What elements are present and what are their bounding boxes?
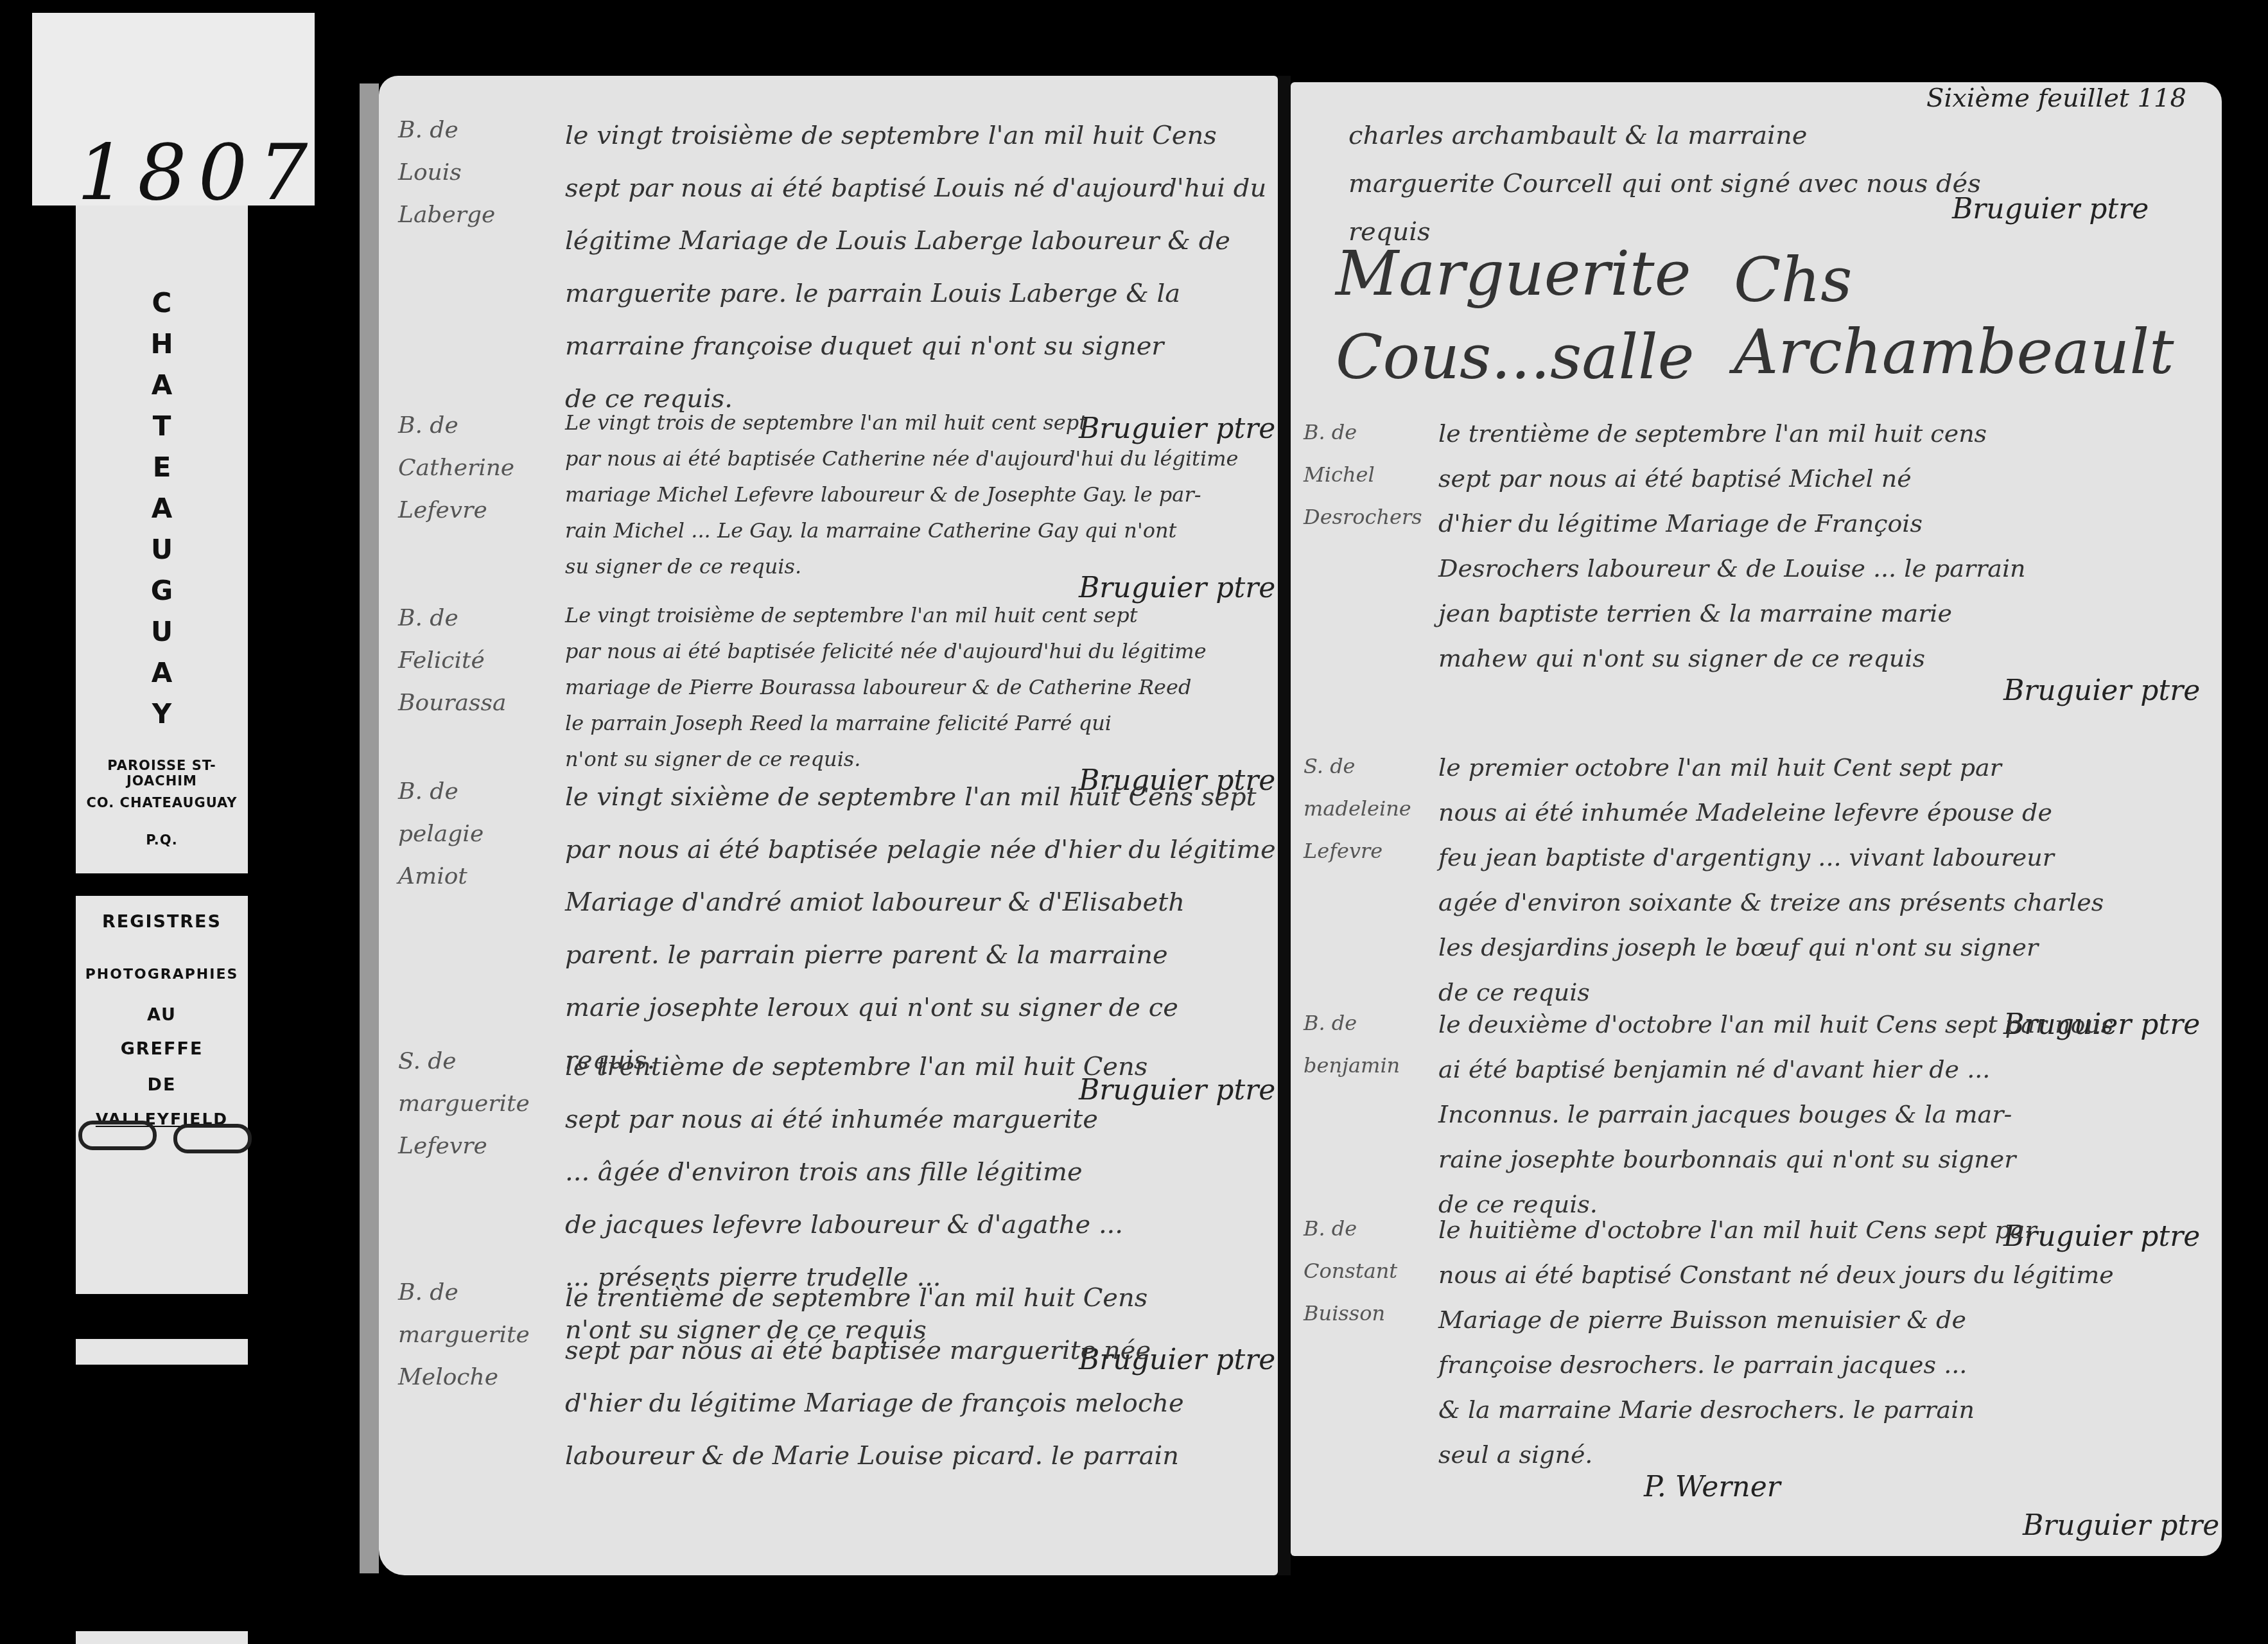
entry-text-line: sept par nous ai été inhumée marguerite xyxy=(565,1093,1098,1146)
entry-text-line: de jacques lefevre laboureur & d'agathe … xyxy=(565,1198,1123,1251)
witness-signature-cousalle: Cous...salle xyxy=(1336,321,1695,393)
entry-text-line: sept par nous ai été baptisé Michel né xyxy=(1438,456,1912,501)
entry-margin-heading: S. de xyxy=(1304,745,1356,787)
registry-line-5: DE xyxy=(76,1075,248,1095)
parish-line-2: CO. CHATEAUGUAY xyxy=(76,795,248,810)
entry-text-line: le vingt troisième de septembre l'an mil… xyxy=(565,109,1217,162)
entry-margin-heading: Bourassa xyxy=(398,682,506,724)
entry-text-line: mariage de Pierre Bourassa laboureur & d… xyxy=(565,669,1191,705)
entry-margin-heading: B. de xyxy=(1304,1207,1357,1250)
place-letter: A xyxy=(76,488,248,529)
entry-margin-heading: Lefevre xyxy=(398,489,487,532)
witness-signature-marguerite: Marguerite xyxy=(1336,238,1691,310)
entry-text-line: seul a signé. xyxy=(1438,1432,1592,1477)
place-letter: T xyxy=(76,406,248,447)
registry-line-2: PHOTOGRAPHIES xyxy=(76,966,248,983)
place-letter: C xyxy=(76,283,248,324)
entry-text-line: le vingt sixième de septembre l'an mil h… xyxy=(565,771,1257,823)
entry-margin-heading: B. de xyxy=(398,771,458,813)
entry-margin-heading: benjamin xyxy=(1304,1044,1400,1087)
entry-text-line: par nous ai été baptisée Catherine née d… xyxy=(565,441,1238,477)
entry-text-line: le trentième de septembre l'an mil huit … xyxy=(1438,411,1987,456)
entry-text-line: mahew qui n'ont su signer de ce requis xyxy=(1438,636,1925,681)
entry-text-line: sept par nous ai été baptisé Louis né d'… xyxy=(565,162,1266,214)
entry-margin-heading: marguerite xyxy=(398,1314,530,1356)
entry-text-line: mariage Michel Lefevre laboureur & de Jo… xyxy=(565,477,1201,512)
entry-margin-heading: Catherine xyxy=(398,447,514,489)
entry-text-line: agée d'environ soixante & treize ans pré… xyxy=(1438,880,2104,925)
entry-text-line: Mariage d'andré amiot laboureur & d'Elis… xyxy=(565,876,1185,929)
entry-margin-heading: Laberge xyxy=(398,194,495,236)
entry-text-line: le trentième de septembre l'an mil huit … xyxy=(565,1272,1147,1324)
entry-margin-heading: Louis xyxy=(398,152,462,194)
entry-text-line: parent. le parrain pierre parent & la ma… xyxy=(565,929,1168,981)
registry-line-4: GREFFE xyxy=(76,1039,248,1059)
entry-margin-heading: Amiot xyxy=(398,855,467,898)
book-gutter xyxy=(1278,76,1291,1575)
place-letter: G xyxy=(76,570,248,611)
entry-text-line: légitime Mariage de Louis Laberge labour… xyxy=(565,214,1230,267)
place-letter: Y xyxy=(76,694,248,735)
parish-line-1: PAROISSE ST-JOACHIM xyxy=(76,758,248,789)
entry-text-line: su signer de ce requis. xyxy=(565,548,801,584)
entry-margin-heading: pelagie xyxy=(398,813,484,855)
entry-margin-heading: B. de xyxy=(1304,1002,1357,1044)
entry-text-line: françoise desrochers. le parrain jacques… xyxy=(1438,1342,1967,1387)
entry-text-line: marguerite pare. le parrain Louis Laberg… xyxy=(565,267,1180,320)
folio-number: Sixième feuillet 118 xyxy=(1926,83,2186,113)
registry-line-1: REGISTRES xyxy=(76,912,248,932)
paperclip-left-icon xyxy=(78,1121,157,1150)
entry-text-line: nous ai été inhumée Madeleine lefevre ép… xyxy=(1438,790,2052,835)
place-name-vertical: CHATEAUGUAY xyxy=(76,283,248,735)
archive-label-bottom xyxy=(76,1631,248,1644)
entry-text-line: les desjardins joseph le bœuf qui n'ont … xyxy=(1438,925,2038,970)
entry-text-line: marraine françoise duquet qui n'ont su s… xyxy=(565,320,1164,372)
entry-text-line: ai été baptisé benjamin né d'avant hier … xyxy=(1438,1047,1990,1092)
entry-text-line: Desrochers laboureur & de Louise ... le … xyxy=(1438,546,2026,591)
entry-text-line: d'hier du légitime Mariage de François xyxy=(1438,501,1923,546)
entry-text-line: Mariage de pierre Buisson menuisier & de xyxy=(1438,1297,1966,1342)
entry-margin-heading: Constant xyxy=(1304,1250,1397,1292)
entry-margin-heading: B. de xyxy=(398,405,458,447)
entry-margin-heading: S. de xyxy=(398,1040,457,1083)
paperclip-right-icon xyxy=(173,1124,252,1153)
continuation-line-2: marguerite Courcell qui ont signé avec n… xyxy=(1348,157,1981,210)
entry-text-line: par nous ai été baptisée felicité née d'… xyxy=(565,633,1207,669)
entry-text-line: le parrain Joseph Reed la marraine felic… xyxy=(565,705,1112,741)
entry-text-line: marie josephte leroux qui n'ont su signe… xyxy=(565,981,1178,1034)
place-letter: U xyxy=(76,611,248,652)
entry-text-line: laboureur & de Marie Louise picard. le p… xyxy=(565,1430,1179,1482)
entry-margin-heading: B. de xyxy=(398,597,458,640)
entry-text-line: par nous ai été baptisée pelagie née d'h… xyxy=(565,823,1276,876)
entry-margin-heading: Buisson xyxy=(1304,1292,1385,1334)
entry-text-line: le premier octobre l'an mil huit Cent se… xyxy=(1438,745,2002,790)
entry-margin-heading: B. de xyxy=(398,109,458,152)
entry-margin-heading: Desrochers xyxy=(1304,496,1422,538)
witness-signature: P. Werner xyxy=(1644,1471,1781,1503)
priest-signature: Bruguier ptre xyxy=(2023,1509,2219,1542)
priest-signature: Bruguier ptre xyxy=(2003,674,2200,707)
entry-text-line: le trentième de septembre l'an mil huit … xyxy=(565,1040,1147,1093)
witness-signature-archambeault: Chs Archambeault xyxy=(1734,244,2268,388)
archive-label-tab xyxy=(76,1339,248,1365)
entry-margin-heading: Felicité xyxy=(398,640,485,682)
entry-text-line: le huitième d'octobre l'an mil huit Cens… xyxy=(1438,1207,2037,1252)
parish-line-3: P.Q. xyxy=(76,832,248,848)
entry-margin-heading: Michel xyxy=(1304,453,1375,496)
place-letter: E xyxy=(76,447,248,488)
entry-text-line: ... âgée d'environ trois ans fille légit… xyxy=(565,1146,1083,1198)
archive-label-registry xyxy=(76,896,248,1294)
entry-text-line: feu jean baptiste d'argentigny ... vivan… xyxy=(1438,835,2054,880)
continuation-signature: Bruguier ptre xyxy=(1952,193,2149,225)
place-letter: U xyxy=(76,529,248,570)
entry-margin-heading: madeleine xyxy=(1304,787,1411,830)
continuation-line-1: charles archambault & la marraine xyxy=(1348,109,1807,162)
entry-text-line: rain Michel ... Le Gay. la marraine Cath… xyxy=(565,512,1176,548)
registry-line-3: AU xyxy=(76,1005,248,1025)
entry-text-line: jean baptiste terrien & la marraine mari… xyxy=(1438,591,1952,636)
place-letter: A xyxy=(76,652,248,694)
place-letter: A xyxy=(76,365,248,406)
entry-margin-heading: marguerite xyxy=(398,1083,530,1125)
entry-text-line: sept par nous ai été baptisée marguerite… xyxy=(565,1324,1151,1377)
entry-margin-heading: Lefevre xyxy=(398,1125,487,1167)
entry-text-line: Le vingt troisième de septembre l'an mil… xyxy=(565,597,1138,633)
entry-margin-heading: B. de xyxy=(1304,411,1357,453)
book-page-edges xyxy=(360,83,379,1573)
entry-margin-heading: B. de xyxy=(398,1272,458,1314)
entry-text-line: nous ai été baptisé Constant né deux jou… xyxy=(1438,1252,2114,1297)
entry-margin-heading: Meloche xyxy=(398,1356,498,1399)
entry-text-line: Le vingt trois de septembre l'an mil hui… xyxy=(565,405,1087,441)
entry-margin-heading: Lefevre xyxy=(1304,830,1383,872)
place-letter: H xyxy=(76,324,248,365)
entry-text-line: raine josephte bourbonnais qui n'ont su … xyxy=(1438,1137,2016,1182)
entry-text-line: le deuxième d'octobre l'an mil huit Cens… xyxy=(1438,1002,2113,1047)
register-year: 1807 xyxy=(77,128,319,218)
entry-text-line: d'hier du légitime Mariage de françois m… xyxy=(565,1377,1184,1430)
entry-text-line: Inconnus. le parrain jacques bouges & la… xyxy=(1438,1092,2012,1137)
entry-text-line: & la marraine Marie desrochers. le parra… xyxy=(1438,1387,1975,1432)
